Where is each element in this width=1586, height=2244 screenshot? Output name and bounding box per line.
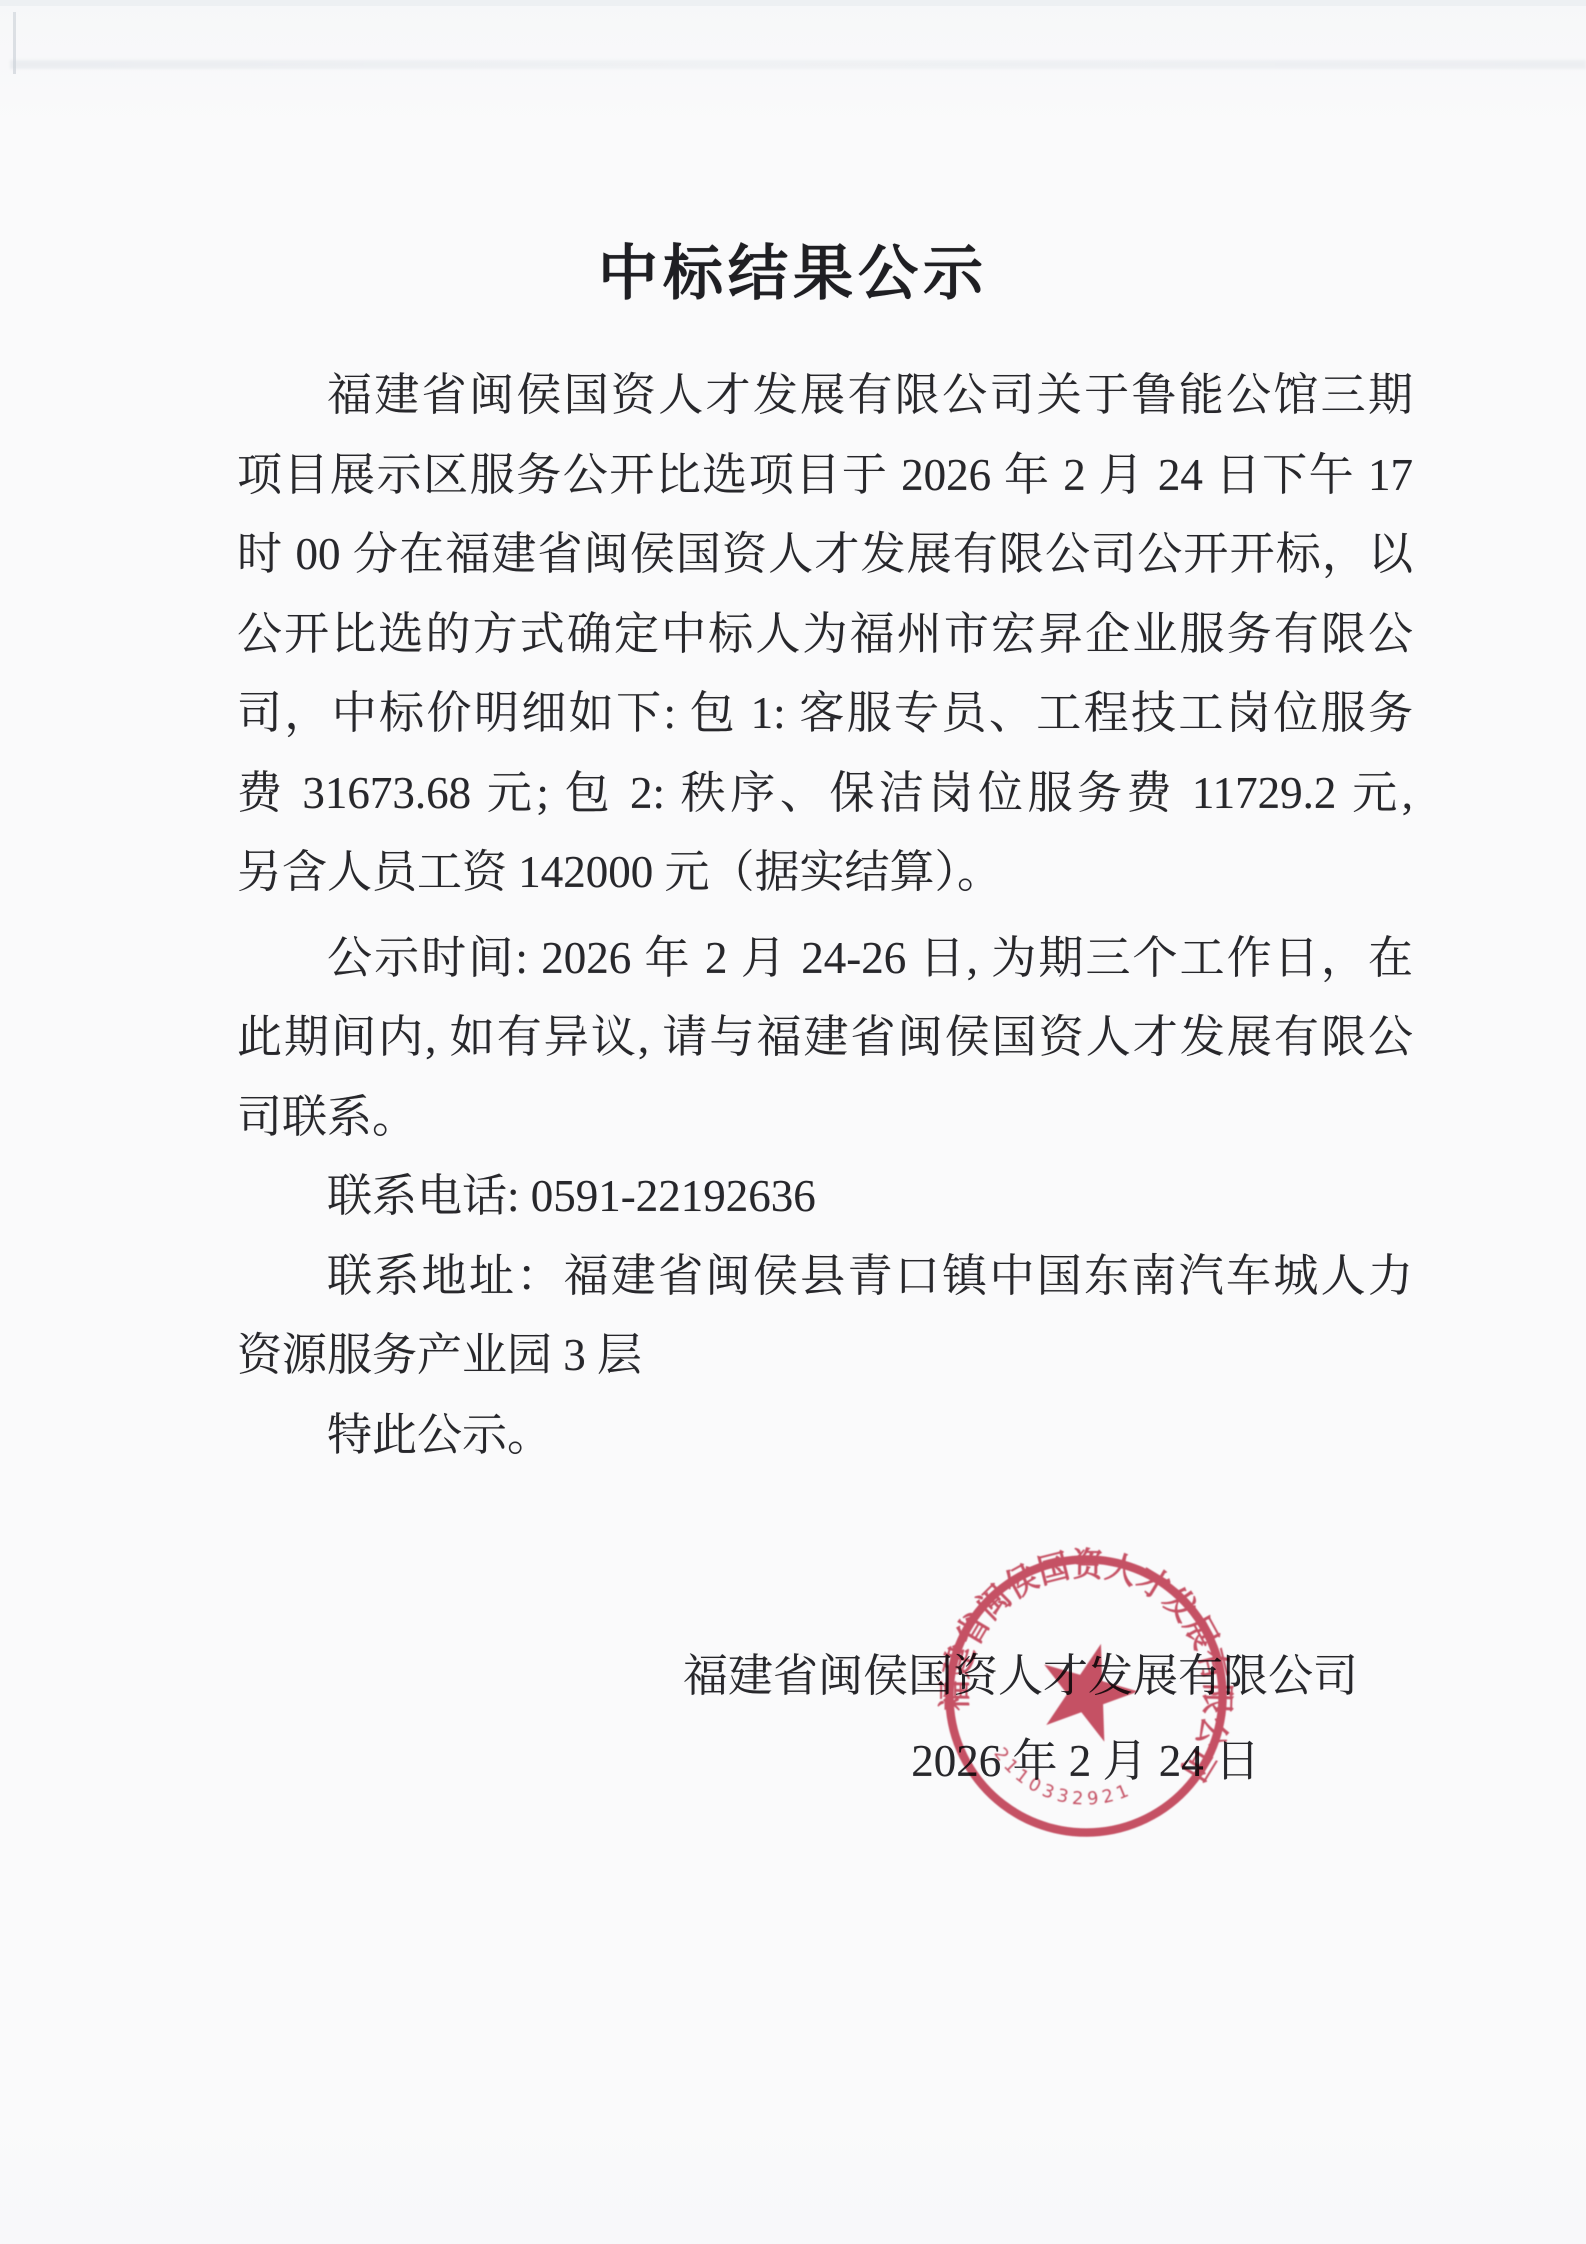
scan-mark-artifact — [13, 12, 16, 74]
body-line: 公开比选的方式确定中标人为福州市宏昇企业服务有限公 — [237, 595, 1413, 675]
page-title: 中标结果公示 — [0, 226, 1586, 312]
body-line: 此期间内, 如有异议, 请与福建省闽侯国资人才发展有限公 — [237, 998, 1413, 1078]
body-line: 费 31673.68 元; 包 2: 秩序、保洁岗位服务费 11729.2 元, — [237, 754, 1413, 834]
paragraph-closing: 特此公示。 — [237, 1396, 1413, 1476]
company-seal-stamp: 福建省闽侯国资人才发展有限公司 2110332921 — [889, 1499, 1282, 1892]
body-line: 公示时间: 2026 年 2 月 24-26 日, 为期三个工作日，在 — [237, 919, 1413, 999]
seal-star-icon — [1028, 1630, 1148, 1746]
body-line: 另含人员工资 142000 元（据实结算）。 — [237, 833, 1413, 913]
closing-line: 特此公示。 — [237, 1396, 1413, 1476]
document-body: 福建省闽侯国资人才发展有限公司关于鲁能公馆三期 项目展示区服务公开比选项目于 2… — [237, 356, 1413, 1475]
scanned-document-page: { "document": { "title": "中标结果公示", "para… — [0, 0, 1586, 2244]
contact-address-line: 联系地址：福建省闽侯县青口镇中国东南汽车城人力 — [237, 1237, 1413, 1317]
body-line: 时 00 分在福建省闽侯国资人才发展有限公司公开开标，以 — [237, 515, 1413, 595]
paragraph-contact-phone: 联系电话: 0591-22192636 — [237, 1157, 1413, 1237]
body-line: 司联系。 — [237, 1078, 1413, 1158]
contact-address-line: 资源服务产业园 3 层 — [237, 1316, 1413, 1396]
paragraph: 公示时间: 2026 年 2 月 24-26 日, 为期三个工作日，在 此期间内… — [237, 919, 1413, 1158]
body-line: 项目展示区服务公开比选项目于 2026 年 2 月 24 日下午 17 — [237, 436, 1413, 516]
paragraph-contact-address: 联系地址：福建省闽侯县青口镇中国东南汽车城人力 资源服务产业园 3 层 — [237, 1237, 1413, 1396]
paragraph: 福建省闽侯国资人才发展有限公司关于鲁能公馆三期 项目展示区服务公开比选项目于 2… — [237, 356, 1413, 913]
body-line: 司，中标价明细如下: 包 1: 客服专员、工程技工岗位服务 — [237, 674, 1413, 754]
body-line: 福建省闽侯国资人才发展有限公司关于鲁能公馆三期 — [237, 356, 1413, 436]
seal-graphic: 福建省闽侯国资人才发展有限公司 2110332921 — [889, 1499, 1282, 1892]
scan-fold-artifact — [10, 60, 1586, 69]
scan-edge-artifact — [0, 0, 1586, 6]
contact-phone-line: 联系电话: 0591-22192636 — [237, 1157, 1413, 1237]
seal-serial-number: 2110332921 — [981, 1741, 1140, 1826]
